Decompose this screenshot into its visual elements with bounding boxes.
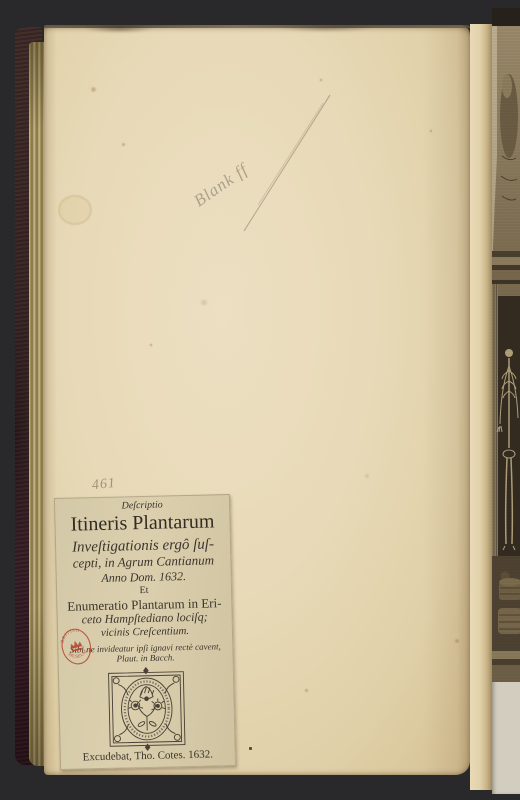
crown-icon	[69, 639, 83, 652]
pencil-foliation-number: 461	[91, 476, 117, 494]
label-imprint: Excudebat, Tho. Cotes. 1632.	[61, 748, 235, 764]
engraved-plate-sliver	[492, 26, 520, 682]
book-scan-photograph: Blank ff 461 Deſcriptio Itineris Plantar…	[0, 0, 520, 800]
plate-top-shadow	[492, 8, 520, 28]
blank-verso-page: Blank ff 461 Deſcriptio Itineris Plantar…	[44, 25, 470, 775]
printers-device-woodcut	[103, 665, 191, 753]
label-title: Itineris Plantarum	[55, 510, 229, 536]
pasted-title-label: Deſcriptio Itineris Plantarum Inveſtigat…	[54, 494, 236, 770]
page-curl	[470, 24, 494, 790]
facing-plate-page	[466, 8, 520, 794]
plate-page-margin	[492, 8, 520, 794]
